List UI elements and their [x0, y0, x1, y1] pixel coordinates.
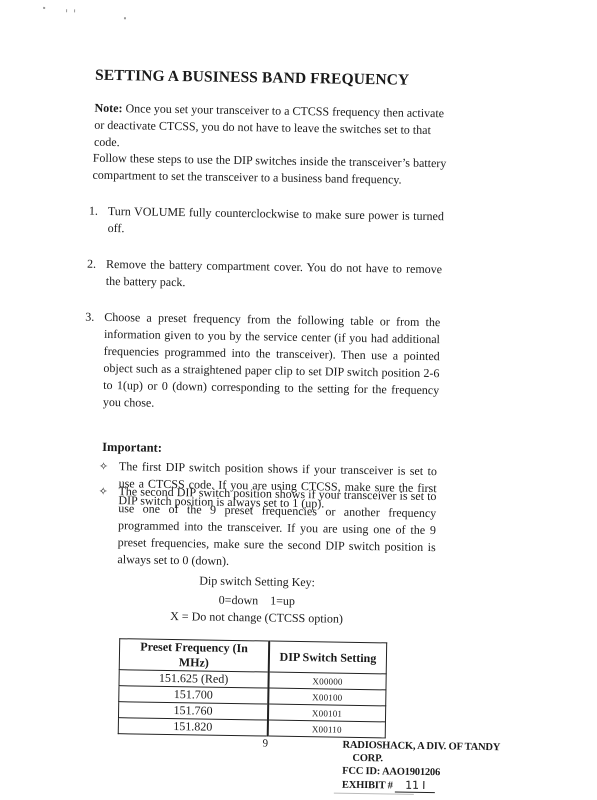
important-heading: Important:	[102, 440, 162, 456]
table-header-row: Preset Frequency (In MHz) DIP Switch Set…	[119, 639, 386, 674]
diamond-bullet-icon: ✧	[99, 458, 108, 475]
scan-speck	[124, 17, 126, 19]
important-bullet-2: ✧ The second DIP switch position shows i…	[97, 483, 438, 578]
step-number: 1.	[89, 203, 98, 220]
step-1: 1. Turn VOLUME fully counterclockwise to…	[89, 203, 450, 245]
step-text: Choose a preset frequency from the follo…	[103, 309, 441, 416]
footer-exhibit: EXHIBIT # 11 I	[342, 778, 500, 794]
exhibit-label: EXHIBIT #	[342, 780, 395, 792]
preset-frequency-table: Preset Frequency (In MHz) DIP Switch Set…	[118, 638, 387, 738]
step-text: Turn VOLUME fully counterclockwise to ma…	[108, 203, 444, 242]
dip-setting-cell: X00110	[268, 720, 386, 738]
dip-setting-cell: X00101	[268, 704, 386, 722]
step-number: 2.	[87, 256, 96, 273]
bullet-text: The second DIP switch position shows if …	[117, 483, 436, 573]
document-page: SETTING A BUSINESS BAND FREQUENCY Note: …	[0, 0, 597, 800]
scan-edge-line	[334, 793, 414, 795]
scan-speck	[43, 7, 45, 9]
footer-block: RADIOSHACK, A DIV. OF TANDY CORP. FCC ID…	[342, 739, 500, 794]
step-2: 2. Remove the battery compartment cover.…	[87, 256, 448, 298]
column-header-frequency: Preset Frequency (In MHz)	[119, 639, 269, 672]
table-row: 151.820 X00110	[118, 718, 385, 738]
step-text: Remove the battery compartment cover. Yo…	[106, 256, 442, 295]
scan-speck	[66, 9, 67, 12]
page-number: 9	[263, 737, 269, 749]
page-title: SETTING A BUSINESS BAND FREQUENCY	[95, 67, 409, 90]
note-label: Note:	[94, 101, 122, 115]
scan-speck	[74, 9, 75, 12]
column-header-dip-setting: DIP Switch Setting	[269, 641, 387, 674]
intro-paragraph: Follow these steps to use the DIP switch…	[92, 150, 452, 190]
dip-setting-cell: X00000	[268, 672, 386, 690]
note-text: Once you set your transceiver to a CTCSS…	[94, 101, 444, 149]
step-number: 3.	[85, 309, 94, 326]
diamond-bullet-icon: ✧	[98, 483, 107, 500]
exhibit-value: 11 I	[395, 779, 435, 794]
note-paragraph: Note: Once you set your transceiver to a…	[94, 100, 455, 157]
dip-setting-cell: X00100	[268, 688, 386, 706]
dip-key-x-meaning: X = Do not change (CTCSS option)	[96, 608, 416, 628]
frequency-cell: 151.820	[118, 718, 268, 736]
step-3: 3. Choose a preset frequency from the fo…	[84, 309, 446, 425]
